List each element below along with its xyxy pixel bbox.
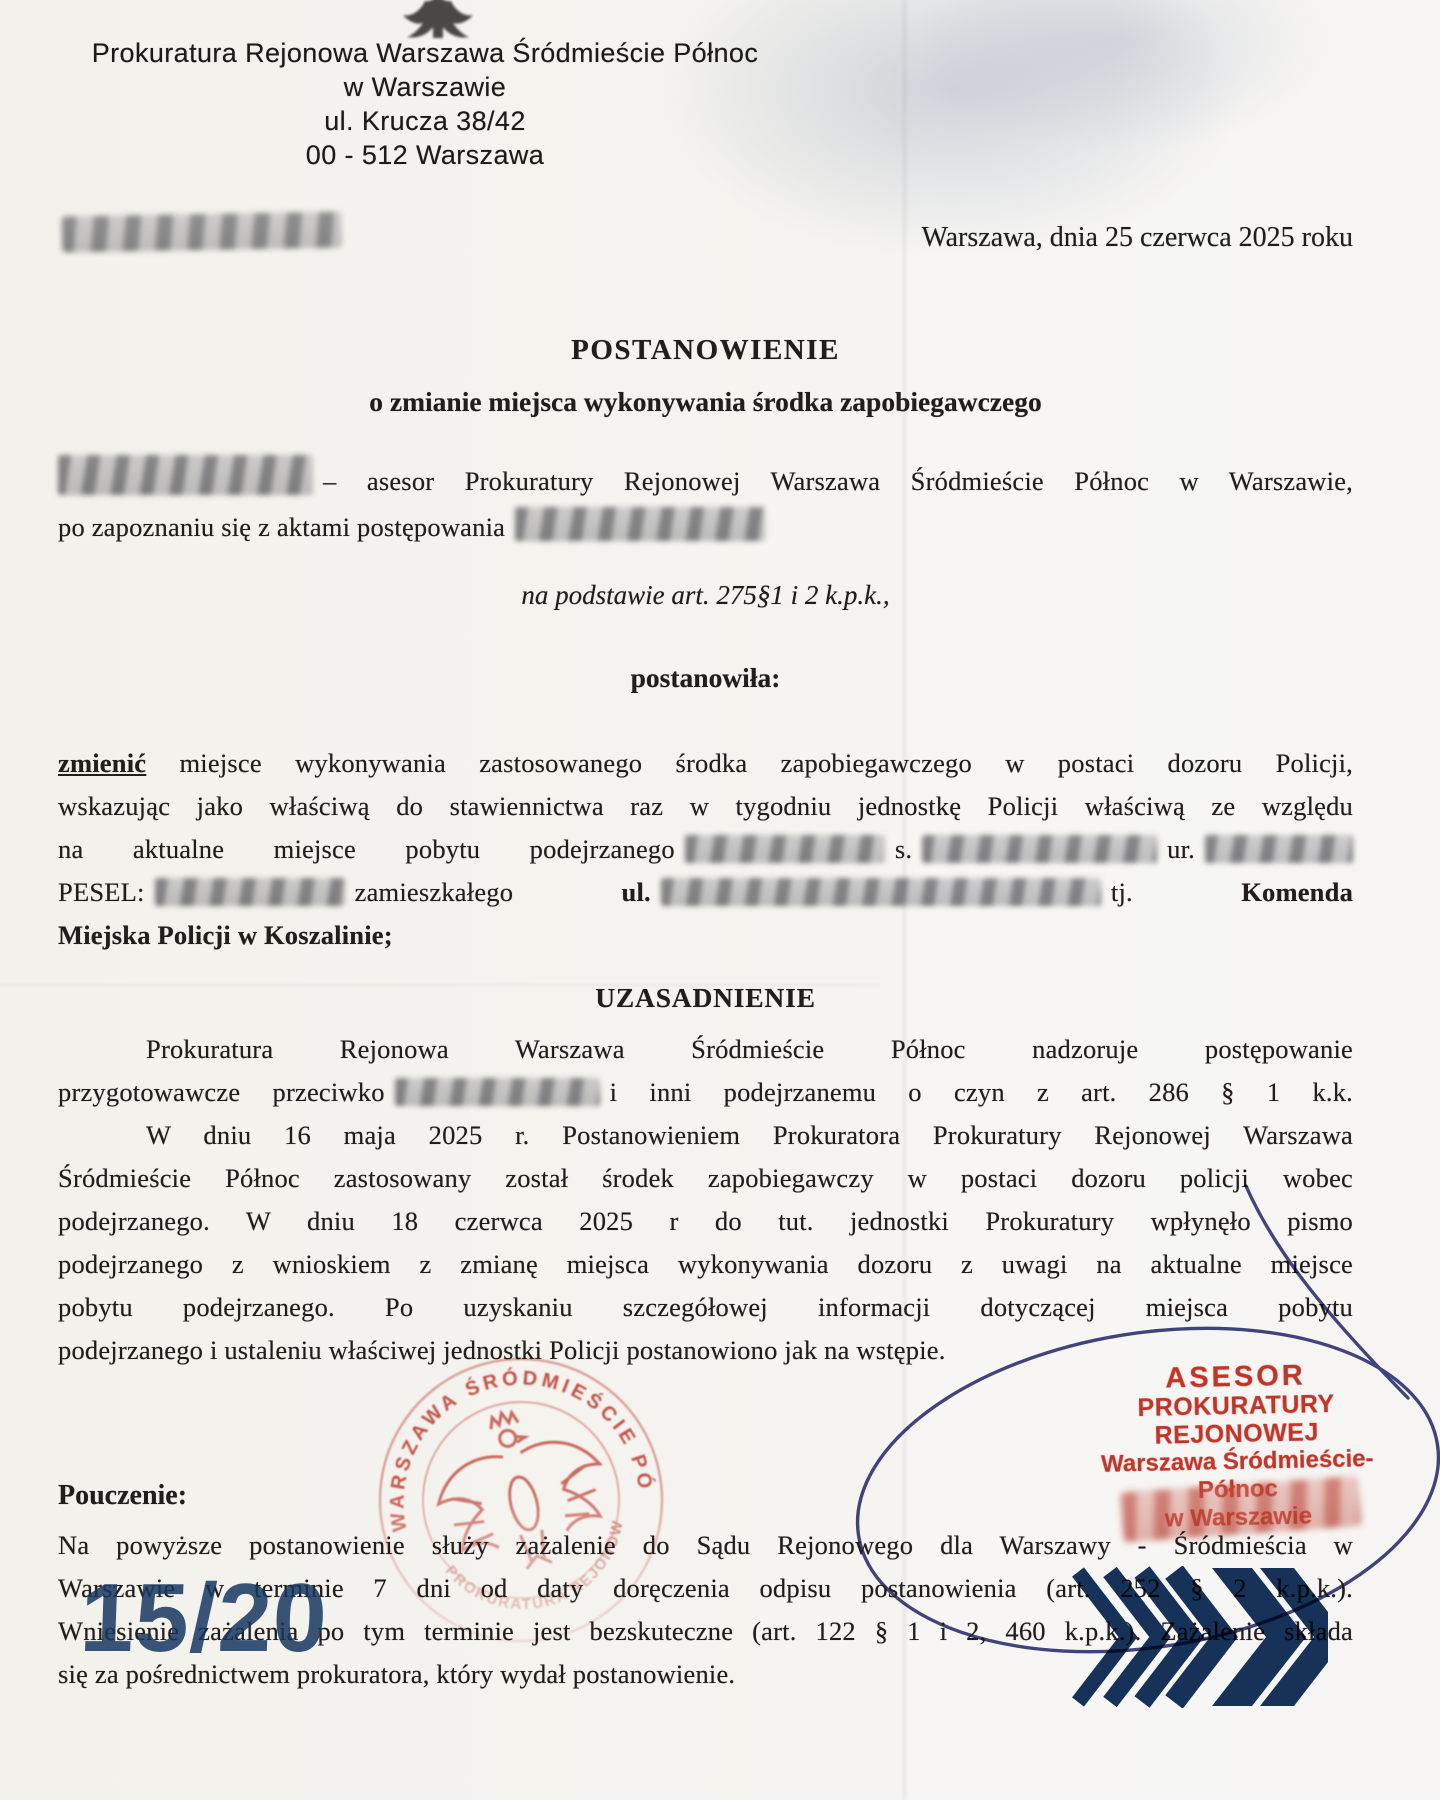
decision-line4-end: Komenda bbox=[1241, 877, 1353, 907]
justification-heading: UZASADNIENIE bbox=[58, 982, 1353, 1014]
just-p1-line2-start: przygotowawcze przeciwko bbox=[58, 1077, 385, 1107]
document-title: POSTANOWIENIE bbox=[58, 334, 1353, 367]
letterhead-org-line1: Prokuratura Rejonowa Warszawa Śródmieści… bbox=[85, 36, 765, 70]
letterhead-address-line2: 00 - 512 Warszawa bbox=[85, 138, 765, 172]
decision-line4-tj: tj. bbox=[1111, 877, 1133, 907]
scanned-document-page: Prokuratura Rejonowa Warszawa Śródmieści… bbox=[0, 0, 1440, 1800]
intro-line2-text: po zapoznaniu się z aktami postępowania bbox=[58, 512, 505, 542]
text-line: zmienić miejsce wykonywania zastosowaneg… bbox=[58, 742, 1353, 785]
decision-line1-text: miejsce wykonywania zastosowanego środka… bbox=[146, 748, 1353, 778]
page-marker: 15/20 bbox=[78, 1568, 329, 1668]
redaction-case-reference bbox=[515, 507, 765, 541]
text-line: W dniu 16 maja 2025 r. Postanowieniem Pr… bbox=[58, 1114, 1353, 1157]
letterhead-org-line2: w Warszawie bbox=[85, 70, 765, 104]
decision-lead-word: zmienić bbox=[58, 748, 146, 778]
letterhead: Prokuratura Rejonowa Warszawa Śródmieści… bbox=[85, 36, 765, 172]
redaction-prosecutor-name bbox=[58, 455, 313, 495]
redaction-pesel bbox=[155, 878, 345, 906]
redaction-address bbox=[661, 878, 1101, 906]
redaction-birth-date bbox=[1205, 835, 1353, 863]
text-line: PESEL:zamieszkałego ul.tj. Komenda bbox=[58, 871, 1353, 914]
just-p2-line1: W dniu 16 maja 2025 r. Postanowieniem Pr… bbox=[146, 1120, 1353, 1150]
decision-line3-mid2: ur. bbox=[1167, 834, 1195, 864]
document-subtitle: o zmianie miejsca wykonywania środka zap… bbox=[58, 386, 1353, 418]
chevron-arrows-icon bbox=[1066, 1566, 1328, 1708]
text-line: Miejska Policji w Koszalinie; bbox=[58, 914, 1353, 957]
decision-line5-text: Miejska Policji w Koszalinie; bbox=[58, 920, 393, 950]
pouczenie-line1: Na powyższe postanowienie służy zażaleni… bbox=[58, 1530, 1353, 1560]
decision-paragraph: zmienić miejsce wykonywania zastosowaneg… bbox=[58, 742, 1353, 957]
text-line: Na powyższe postanowienie służy zażaleni… bbox=[58, 1524, 1353, 1567]
decision-line4-ul: ul. bbox=[622, 877, 651, 907]
text-line: Prokuratura Rejonowa Warszawa Śródmieści… bbox=[58, 1028, 1353, 1071]
text-line: wskazując jako właściwą do stawiennictwa… bbox=[58, 785, 1353, 828]
just-p1-line1: Prokuratura Rejonowa Warszawa Śródmieści… bbox=[146, 1034, 1353, 1064]
redaction-father-name bbox=[922, 835, 1157, 863]
pouczenie-heading: Pouczenie: bbox=[58, 1480, 1353, 1512]
justification-paragraph-1: Prokuratura Rejonowa Warszawa Śródmieści… bbox=[58, 1028, 1353, 1114]
just-p1-line2-end: i inni podejrzanemu o czyn z art. 286 § … bbox=[610, 1077, 1353, 1107]
text-line: – asesor Prokuratury Rejonowej Warszawa … bbox=[58, 455, 1353, 504]
date-line: Warszawa, dnia 25 czerwca 2025 roku bbox=[58, 222, 1353, 254]
decision-line3-start: na aktualne miejsce pobytu podejrzanego bbox=[58, 834, 675, 864]
letterhead-address-line1: ul. Krucza 38/42 bbox=[85, 104, 765, 138]
intro-line1-text: – asesor Prokuratury Rejonowej Warszawa … bbox=[323, 466, 1353, 496]
resolution-heading: postanowiła: bbox=[58, 662, 1353, 694]
decision-line4-pesel: PESEL: bbox=[58, 877, 145, 907]
text-line: przygotowawcze przeciwkoi inni podejrzan… bbox=[58, 1071, 1353, 1114]
legal-basis: na podstawie art. 275§1 i 2 k.p.k., bbox=[58, 580, 1353, 611]
decision-line3-mid1: s. bbox=[895, 834, 912, 864]
redaction-suspect-name bbox=[685, 835, 885, 863]
redaction-defendant-name bbox=[395, 1078, 600, 1106]
text-line: po zapoznaniu się z aktami postępowania bbox=[58, 504, 1353, 550]
decision-line4-mid: zamieszkałego bbox=[355, 877, 514, 907]
text-line: na aktualne miejsce pobytu podejrzanegos… bbox=[58, 828, 1353, 871]
decision-line2-text: wskazując jako właściwą do stawiennictwa… bbox=[58, 791, 1353, 821]
intro-paragraph: – asesor Prokuratury Rejonowej Warszawa … bbox=[58, 455, 1353, 550]
